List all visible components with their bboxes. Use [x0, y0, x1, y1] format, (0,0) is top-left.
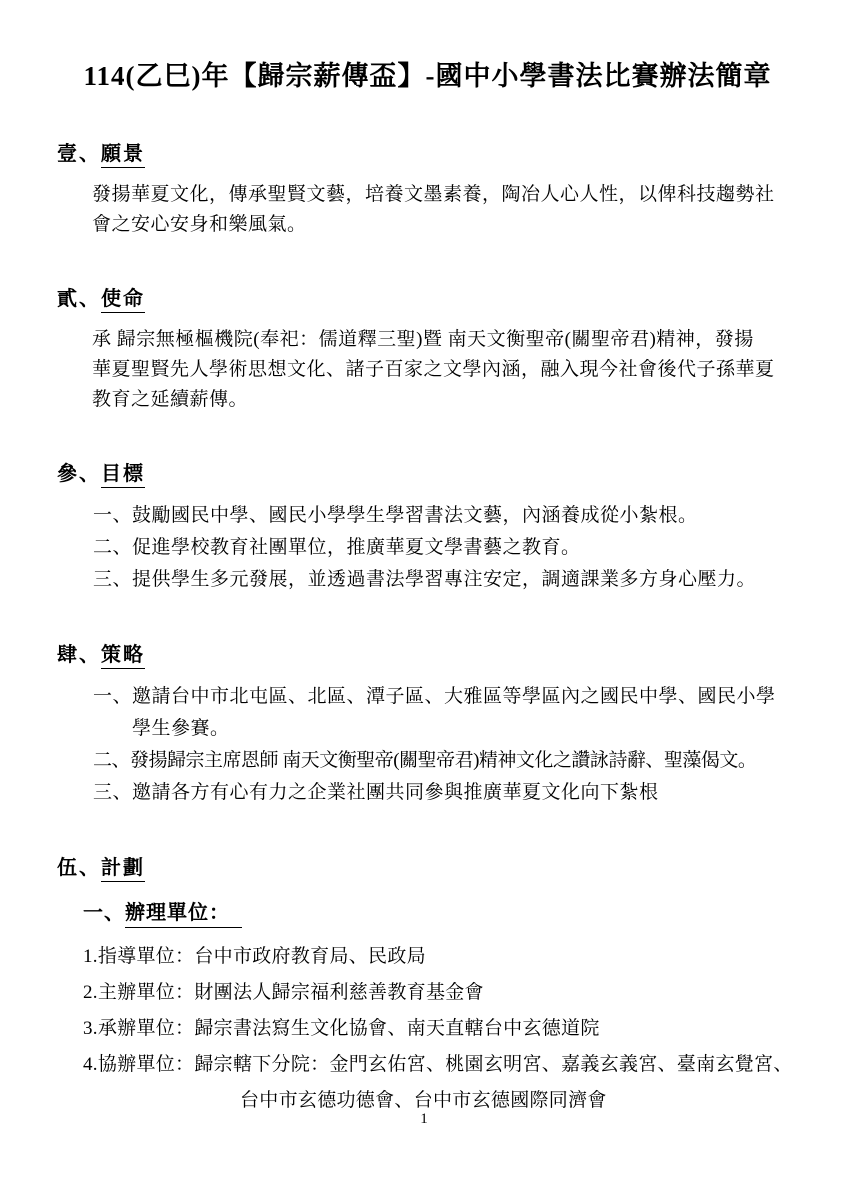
list-item: 三、邀請各方有心有力之企業社團共同參與推廣華夏文化向下紮根 [93, 777, 798, 809]
section-title: 計劃 [101, 857, 145, 882]
document-title: 114(乙巳)年【歸宗薪傳盃】-國中小學書法比賽辦法簡章 [57, 58, 798, 95]
section-paragraph: 發揚華夏文化，傳承聖賢文藝，培養文墨素養，陶冶人心人性，以俾科技趨勢社 會之安心… [92, 180, 798, 240]
section-title: 策略 [101, 644, 145, 669]
goal-list: 一、鼓勵國民中學、國民小學學生學習書法文藝，內涵養成從小紮根。 二、促進學校教育… [93, 500, 798, 596]
page-number: 1 [0, 1111, 848, 1128]
section-label: 參、 [57, 463, 101, 485]
section-title: 願景 [101, 143, 145, 168]
subsection-label: 一、 [83, 902, 125, 924]
section-heading: 肆、策略 [57, 640, 798, 670]
list-item: 1.指導單位：台中市政府教育局、民政局 [83, 939, 798, 975]
section-paragraph: 承 歸宗無極樞機院(奉祀：儒道釋三聖)暨 南天文衡聖帝(關聖帝君)精神，發揚 華… [92, 325, 798, 415]
strategy-list: 一、邀請台中市北屯區、北區、潭子區、大雅區等學區內之國民中學、國民小學 學生參賽… [93, 681, 798, 809]
list-item: 4.協辦單位：歸宗轄下分院：金門玄佑宮、桃園玄明宮、嘉義玄義宮、臺南玄覺宮、 台… [83, 1047, 798, 1119]
list-item: 二、促進學校教育社團單位，推廣華夏文學書藝之教育。 [93, 532, 798, 564]
section-plan: 伍、計劃 一、辦理單位： 1.指導單位：台中市政府教育局、民政局 2.主辦單位：… [57, 853, 798, 1119]
section-vision: 壹、願景 發揚華夏文化，傳承聖賢文藝，培養文墨素養，陶冶人心人性，以俾科技趨勢社… [57, 139, 798, 240]
section-mission: 貳、使命 承 歸宗無極樞機院(奉祀：儒道釋三聖)暨 南天文衡聖帝(關聖帝君)精神… [57, 284, 798, 415]
list-item: 2.主辦單位：財團法人歸宗福利慈善教育基金會 [83, 975, 798, 1011]
section-title: 使命 [101, 288, 145, 313]
section-heading: 參、目標 [57, 459, 798, 489]
section-label: 肆、 [57, 644, 101, 666]
subsection-title: 辦理單位： [125, 902, 242, 928]
list-item: 一、邀請台中市北屯區、北區、潭子區、大雅區等學區內之國民中學、國民小學 學生參賽… [93, 681, 798, 745]
section-label: 壹、 [57, 143, 101, 165]
document-page: 114(乙巳)年【歸宗薪傳盃】-國中小學書法比賽辦法簡章 壹、願景 發揚華夏文化… [0, 0, 848, 1119]
plan-subsection: 一、辦理單位： 1.指導單位：台中市政府教育局、民政局 2.主辦單位：財團法人歸… [83, 897, 798, 1119]
section-heading: 壹、願景 [57, 139, 798, 169]
section-heading: 貳、使命 [57, 284, 798, 314]
plan-list: 1.指導單位：台中市政府教育局、民政局 2.主辦單位：財團法人歸宗福利慈善教育基… [83, 939, 798, 1119]
section-heading: 伍、計劃 [57, 853, 798, 883]
section-label: 貳、 [57, 288, 101, 310]
section-goals: 參、目標 一、鼓勵國民中學、國民小學學生學習書法文藝，內涵養成從小紮根。 二、促… [57, 459, 798, 596]
section-strategy: 肆、策略 一、邀請台中市北屯區、北區、潭子區、大雅區等學區內之國民中學、國民小學… [57, 640, 798, 809]
list-item: 三、提供學生多元發展，並透過書法學習專注安定，調適課業多方身心壓力。 [93, 564, 798, 596]
list-item: 3.承辦單位：歸宗書法寫生文化協會、南天直轄台中玄德道院 [83, 1011, 798, 1047]
section-title: 目標 [101, 463, 145, 488]
list-item: 二、發揚歸宗主席恩師 南天文衡聖帝(關聖帝君)精神文化之讚詠詩辭、聖藻偈文。 [93, 745, 798, 777]
section-label: 伍、 [57, 857, 101, 879]
list-item: 一、鼓勵國民中學、國民小學學生學習書法文藝，內涵養成從小紮根。 [93, 500, 798, 532]
subsection-heading: 一、辦理單位： [83, 897, 798, 929]
